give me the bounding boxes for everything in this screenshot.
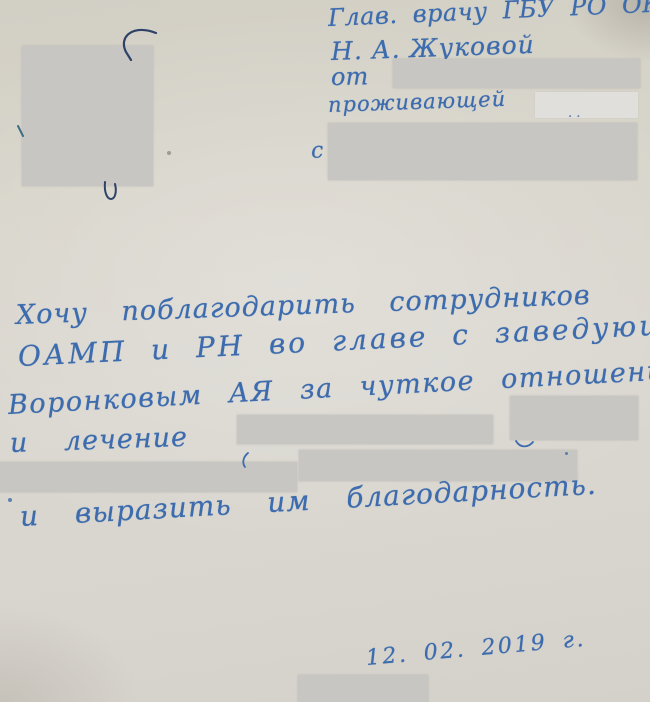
pen-stroke-c-curve [114, 28, 162, 64]
redaction-box-header-large [328, 123, 637, 180]
recipient-line1: Глав. врачу ГБУ РО ОКНД [327, 0, 650, 32]
redaction-box-address [535, 92, 638, 118]
date-line: 12. 02. 2019 г. [365, 627, 587, 671]
ink-dot-mid-right [565, 452, 568, 455]
resident-trailing-marks: . . [568, 106, 580, 121]
redaction-box-after-lechenie [237, 415, 493, 444]
handwritten-letter-photo: Глав. врачу ГБУ РО ОКНД Н. А. Жуковой от… [0, 0, 650, 702]
ink-dot-left-margin [8, 498, 12, 502]
from-label: от [331, 62, 369, 91]
body-line4: и лечение [9, 422, 188, 459]
redaction-box-top-left [22, 46, 153, 186]
redaction-box-from [393, 59, 640, 88]
header-fragment-letter: с [310, 138, 324, 164]
redaction-box-signature [298, 675, 428, 702]
ink-dot-mid [167, 151, 171, 155]
pen-stroke-v-loop [101, 180, 121, 202]
pen-stroke-small-smile [514, 438, 536, 450]
pen-stroke-open-paren [239, 451, 251, 469]
redaction-box-mid-right [510, 396, 638, 440]
resident-label: проживающей [328, 87, 507, 117]
pen-stroke-left-dash [15, 124, 27, 138]
